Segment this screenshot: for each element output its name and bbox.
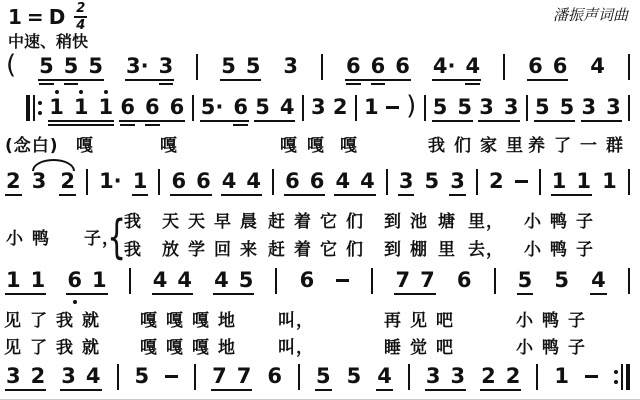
note: 5 <box>221 56 236 77</box>
bar-line <box>129 268 131 294</box>
note: 5 <box>347 366 362 387</box>
note: 1 <box>364 97 379 118</box>
dash-bar <box>585 375 598 378</box>
note: 5 <box>457 97 472 118</box>
note: 1 <box>92 270 107 291</box>
repeat-dot <box>38 111 42 115</box>
note: 6 <box>528 56 543 77</box>
note: 5 <box>64 56 79 77</box>
note: 1 <box>133 171 148 192</box>
lyric-row-verse1-tail: 见了我就嘎嘎嘎地叫，再见吧小鸭子 <box>0 309 640 335</box>
composer-credit: 潘振声词曲 <box>553 4 628 25</box>
dash-bar <box>336 279 349 282</box>
repeat-dots <box>38 95 42 121</box>
bar-line <box>158 169 160 195</box>
beam-group: 33 <box>582 97 621 118</box>
underline <box>125 79 174 81</box>
beam-group: 44 <box>335 171 374 192</box>
underline <box>432 120 473 122</box>
repeat-bar <box>626 364 630 390</box>
note: 6 <box>267 366 282 387</box>
underline <box>152 293 193 295</box>
lyric-segment: 我 <box>124 210 150 234</box>
note: 1 <box>49 97 64 118</box>
tempo-marking: 中速、稍快 <box>8 29 88 52</box>
note: 3 <box>606 97 621 118</box>
note: 1 <box>576 171 591 192</box>
underline <box>48 120 114 122</box>
note: 3 <box>311 97 326 118</box>
lyric-segment: (念白) <box>5 134 59 158</box>
key-tonic: 1 <box>8 6 22 28</box>
music-line-3: 2321·1664466443532111 <box>6 171 630 207</box>
bar-line <box>272 169 274 195</box>
note: 2 <box>31 366 46 387</box>
note: 1· <box>99 171 122 192</box>
underline <box>345 79 411 81</box>
underline <box>371 83 386 85</box>
bar-line <box>371 268 373 294</box>
note: 3 <box>61 366 76 387</box>
beam-group: 44 <box>153 270 192 291</box>
music-line-1: (5553·35536664·4664 <box>6 56 630 92</box>
underline <box>211 389 252 391</box>
beam-group: 4 <box>377 366 392 387</box>
note: 1 <box>554 366 569 387</box>
note: 6 <box>395 56 410 77</box>
dash-note <box>336 270 349 291</box>
underline <box>221 194 262 196</box>
note: 1 <box>99 97 114 118</box>
dash-bar <box>165 375 178 378</box>
repeat-bar <box>26 95 30 121</box>
parenthesis: ( <box>6 53 16 77</box>
lyric-segment: 里 <box>438 238 464 262</box>
octave-dot-above <box>55 90 59 94</box>
beam-group: 66 <box>285 171 324 192</box>
underline <box>119 120 185 122</box>
dash-note <box>515 171 528 192</box>
note: 3 <box>504 97 519 118</box>
verse-block: 小鸭 子， { 我天天早晨赶着它们到池塘里，小鸭子 我放学回来赶着它们到棚里去，… <box>0 208 640 266</box>
underline <box>48 124 114 126</box>
underline <box>5 389 46 391</box>
lyric-segment: 嘎 <box>307 134 333 158</box>
underline <box>398 194 415 196</box>
key-time-signature: 1 = D 2 4 <box>8 2 87 32</box>
note: 6 <box>285 171 300 192</box>
beam-group: 55 <box>535 97 574 118</box>
underline <box>39 83 54 85</box>
repeat-bar <box>33 95 35 121</box>
underline <box>38 79 104 81</box>
note: 1 <box>31 270 46 291</box>
lyric-segment: 小鸭子 <box>524 210 602 234</box>
bar-line <box>194 364 196 390</box>
underline <box>534 120 575 122</box>
lyric-segment: 赶着它们 <box>268 210 372 234</box>
underline <box>5 194 22 196</box>
beam-group: 666 <box>120 97 184 118</box>
underline <box>581 120 622 122</box>
dash-bar <box>386 106 399 109</box>
repeat-dot <box>614 370 618 374</box>
note: 2 <box>60 171 75 192</box>
lyric-segment: 去， <box>468 238 504 262</box>
beam-group: 3·3 <box>126 56 173 77</box>
note: 5 <box>316 366 331 387</box>
note: 6 <box>371 56 386 77</box>
beam-group: 77 <box>395 270 434 291</box>
lyric-segment: 见了我就 <box>4 309 108 333</box>
repeat-dot <box>614 380 618 384</box>
note: 5 <box>554 270 569 291</box>
bar-line <box>86 169 88 195</box>
underline <box>376 389 393 391</box>
note: 3 <box>479 97 494 118</box>
underline <box>254 120 295 122</box>
lyric-segment: 嘎 <box>76 134 102 158</box>
tie-arc-group: 32 <box>32 171 75 192</box>
note: 3 <box>399 171 414 192</box>
beam-group: 45 <box>214 270 253 291</box>
beam-group: 32 <box>6 366 45 387</box>
note: 4 <box>591 270 606 291</box>
repeat-begin-sign <box>26 95 42 121</box>
note: 6 <box>346 56 361 77</box>
underline <box>394 293 435 295</box>
bar-line <box>424 95 426 121</box>
note: 7 <box>237 366 252 387</box>
repeat-end-sign <box>614 364 630 390</box>
beam-group: 5 <box>316 366 331 387</box>
beam-group: 55 <box>221 56 260 77</box>
note: 1 <box>602 171 617 192</box>
note: 3 <box>450 171 465 192</box>
beam-group: 2 <box>6 171 21 192</box>
note: 6 <box>553 56 568 77</box>
underline <box>590 293 607 295</box>
beam-group: 666 <box>346 56 410 77</box>
underline <box>170 194 211 196</box>
bar-line <box>196 54 198 80</box>
note: 4 <box>377 366 392 387</box>
repeat-bar <box>621 364 623 390</box>
underline <box>334 194 375 196</box>
bar-line <box>628 268 630 294</box>
dash-note <box>386 97 399 118</box>
note: 5 <box>560 97 575 118</box>
lyric-segment: 小鸭子 <box>516 309 594 333</box>
verse-line-2: 我放学回来赶着它们到棚里去，小鸭子 <box>0 238 640 264</box>
note: 4 <box>360 171 375 192</box>
note: 5 <box>135 366 150 387</box>
note: 3 <box>283 56 298 77</box>
note: 5 <box>246 56 261 77</box>
note: 5 <box>39 56 54 77</box>
note: 5· <box>201 97 224 118</box>
bar-line <box>408 364 410 390</box>
underline <box>132 194 149 196</box>
octave-dot-below <box>73 300 77 304</box>
beam-group: 3 <box>450 171 465 192</box>
beam-group: 11 <box>6 270 45 291</box>
sheet-music-page: 1 = D 2 4 中速、稍快 潘振声词曲 (5553·35536664·466… <box>0 0 640 400</box>
octave-dot-above <box>104 90 108 94</box>
dash-bar <box>515 180 528 183</box>
note: 6 <box>170 97 185 118</box>
note: 3 <box>159 56 174 77</box>
note: 2 <box>333 97 348 118</box>
music-line-4: 116144456776554 <box>6 270 630 306</box>
bar-line <box>536 364 538 390</box>
bar-line <box>117 364 119 390</box>
underline <box>159 83 174 85</box>
bar-line <box>386 169 388 195</box>
lyric-segment: 天天早晨 <box>162 210 266 234</box>
bar-line <box>355 95 357 121</box>
music-line-2: 1116665·654321)55335533 <box>6 97 630 133</box>
note: 5 <box>433 97 448 118</box>
note: 3 <box>451 366 466 387</box>
note: 1 <box>552 171 567 192</box>
bar-line <box>275 268 277 294</box>
underline <box>60 389 101 391</box>
beam-group: 111 <box>49 97 113 118</box>
beam-group: 34 <box>61 366 100 387</box>
underline <box>551 194 592 196</box>
underline <box>449 194 466 196</box>
note: 5 <box>239 270 254 291</box>
note: 6 <box>233 97 248 118</box>
bar-line <box>628 95 630 121</box>
lyric-segment: 嘎 <box>160 134 186 158</box>
note: 4· <box>433 56 456 77</box>
bar-line <box>628 169 630 195</box>
note: 2 <box>506 366 521 387</box>
note: 3 <box>6 366 21 387</box>
note: 4 <box>280 97 295 118</box>
note: 7 <box>420 270 435 291</box>
note: 2 <box>489 171 504 192</box>
note: 4 <box>335 171 350 192</box>
underline <box>432 79 481 81</box>
beam-group: 33 <box>426 366 465 387</box>
note: 3· <box>126 56 149 77</box>
underline <box>465 83 480 85</box>
lyric-segment: 放学回来 <box>162 238 266 262</box>
beam-group: 3 <box>399 171 414 192</box>
music-line-5: 3234577655433221 <box>6 366 630 400</box>
underline <box>64 83 79 85</box>
bar-line <box>628 54 630 80</box>
beam-group: 44 <box>222 171 261 192</box>
beam-group: 5·6 <box>201 97 248 118</box>
note: 6 <box>300 270 315 291</box>
underline <box>120 124 135 126</box>
underline <box>480 389 521 391</box>
lyric-segment: 我们家里 <box>428 134 532 158</box>
note: 7 <box>212 366 227 387</box>
note: 4 <box>590 56 605 77</box>
note: 3 <box>426 366 441 387</box>
bar-line <box>321 54 323 80</box>
underline <box>517 293 534 295</box>
lyric-segment: 嘎嘎嘎地 <box>140 336 244 360</box>
lyric-segment: 嘎嘎嘎地 <box>140 309 244 333</box>
note: 4 <box>153 270 168 291</box>
bar-line <box>539 169 541 195</box>
underline <box>284 194 325 196</box>
underline <box>145 124 160 126</box>
note: 4 <box>86 366 101 387</box>
dash-note <box>585 366 598 387</box>
note: 6 <box>310 171 325 192</box>
bar-line <box>476 169 478 195</box>
beam-group: 33 <box>479 97 518 118</box>
beam-group: 66 <box>171 171 210 192</box>
time-signature: 2 4 <box>74 2 87 32</box>
underline <box>346 83 361 85</box>
lyric-segment: 我 <box>124 238 150 262</box>
beam-group: 5 <box>518 270 533 291</box>
lyric-segment: 嘎 <box>280 134 306 158</box>
note: 6 <box>120 97 135 118</box>
bar-line <box>302 95 304 121</box>
underline <box>220 79 261 81</box>
repeat-dots <box>614 364 618 390</box>
bar-line <box>494 268 496 294</box>
lyric-segment: 叫， <box>278 336 314 360</box>
lyric-segment: 叫， <box>278 309 314 333</box>
lyric-segment: 小鸭子 <box>516 336 594 360</box>
underline <box>527 79 568 81</box>
beam-group: 2 <box>60 171 75 192</box>
note: 6 <box>196 171 211 192</box>
note: 4 <box>246 171 261 192</box>
note: 4 <box>214 270 229 291</box>
beam-group: 1 <box>133 171 148 192</box>
beam-group: 4·4 <box>433 56 480 77</box>
lyric-segment: 里， <box>468 210 504 234</box>
bar-line <box>503 54 505 80</box>
note: 5 <box>518 270 533 291</box>
lyric-segment: 到池 <box>384 210 436 234</box>
note: 6 <box>457 270 472 291</box>
lyric-row-spoken: (念白)嘎嘎嘎嘎嘎我们家里养了一群 <box>0 134 640 160</box>
time-numerator: 2 <box>76 2 85 15</box>
note: 6 <box>145 97 160 118</box>
beam-group: 4 <box>591 270 606 291</box>
note: 6 <box>171 171 186 192</box>
lyric-segment: 睡觉吧 <box>384 336 462 360</box>
note: 5 <box>88 56 103 77</box>
note: 3 <box>32 171 47 192</box>
lyric-segment: 到棚 <box>384 238 436 262</box>
beam-group: 11 <box>552 171 591 192</box>
note: 2 <box>6 171 21 192</box>
parenthesis: ) <box>406 94 416 118</box>
bar-line <box>298 364 300 390</box>
beam-group: 22 <box>481 366 520 387</box>
underline <box>5 293 46 295</box>
underline <box>66 293 107 295</box>
underline <box>425 389 466 391</box>
lyric-segment: 塘 <box>438 210 464 234</box>
lyric-segment: 见了我就 <box>4 336 108 360</box>
underline <box>213 293 254 295</box>
note: 1 <box>6 270 21 291</box>
dash-note <box>165 366 178 387</box>
note: 6 <box>67 270 82 291</box>
note: 5 <box>255 97 270 118</box>
key-equals: = <box>27 6 44 28</box>
note: 3 <box>582 97 597 118</box>
note: 4 <box>465 56 480 77</box>
beam-group: 55 <box>433 97 472 118</box>
note: 2 <box>481 366 496 387</box>
note: 5 <box>425 171 440 192</box>
lyric-row-verse2-tail: 见了我就嘎嘎嘎地叫，睡觉吧小鸭子 <box>0 336 640 362</box>
underline <box>233 124 248 126</box>
octave-dot-above <box>79 90 83 94</box>
verse-line-1: 我天天早晨赶着它们到池塘里，小鸭子 <box>0 210 640 236</box>
underline <box>478 120 519 122</box>
repeat-dot <box>38 101 42 105</box>
beam-group: 54 <box>255 97 294 118</box>
lyric-segment: 养了一群 <box>528 134 632 158</box>
key-name: D <box>49 6 66 28</box>
beam-group: 555 <box>39 56 103 77</box>
underline <box>315 389 332 391</box>
beam-group: 66 <box>528 56 567 77</box>
underline <box>200 120 249 122</box>
note: 5 <box>535 97 550 118</box>
underline <box>59 194 76 196</box>
note: 7 <box>395 270 410 291</box>
note: 4 <box>177 270 192 291</box>
note: 4 <box>222 171 237 192</box>
bar-line <box>526 95 528 121</box>
lyric-segment: 小鸭子 <box>524 238 602 262</box>
beam-group: 61 <box>67 270 106 291</box>
lyric-segment: 嘎 <box>340 134 366 158</box>
beam-group: 77 <box>212 366 251 387</box>
note: 1 <box>74 97 89 118</box>
bar-line <box>192 95 194 121</box>
lyric-segment: 再见吧 <box>384 309 462 333</box>
lyric-segment: 赶着它们 <box>268 238 372 262</box>
